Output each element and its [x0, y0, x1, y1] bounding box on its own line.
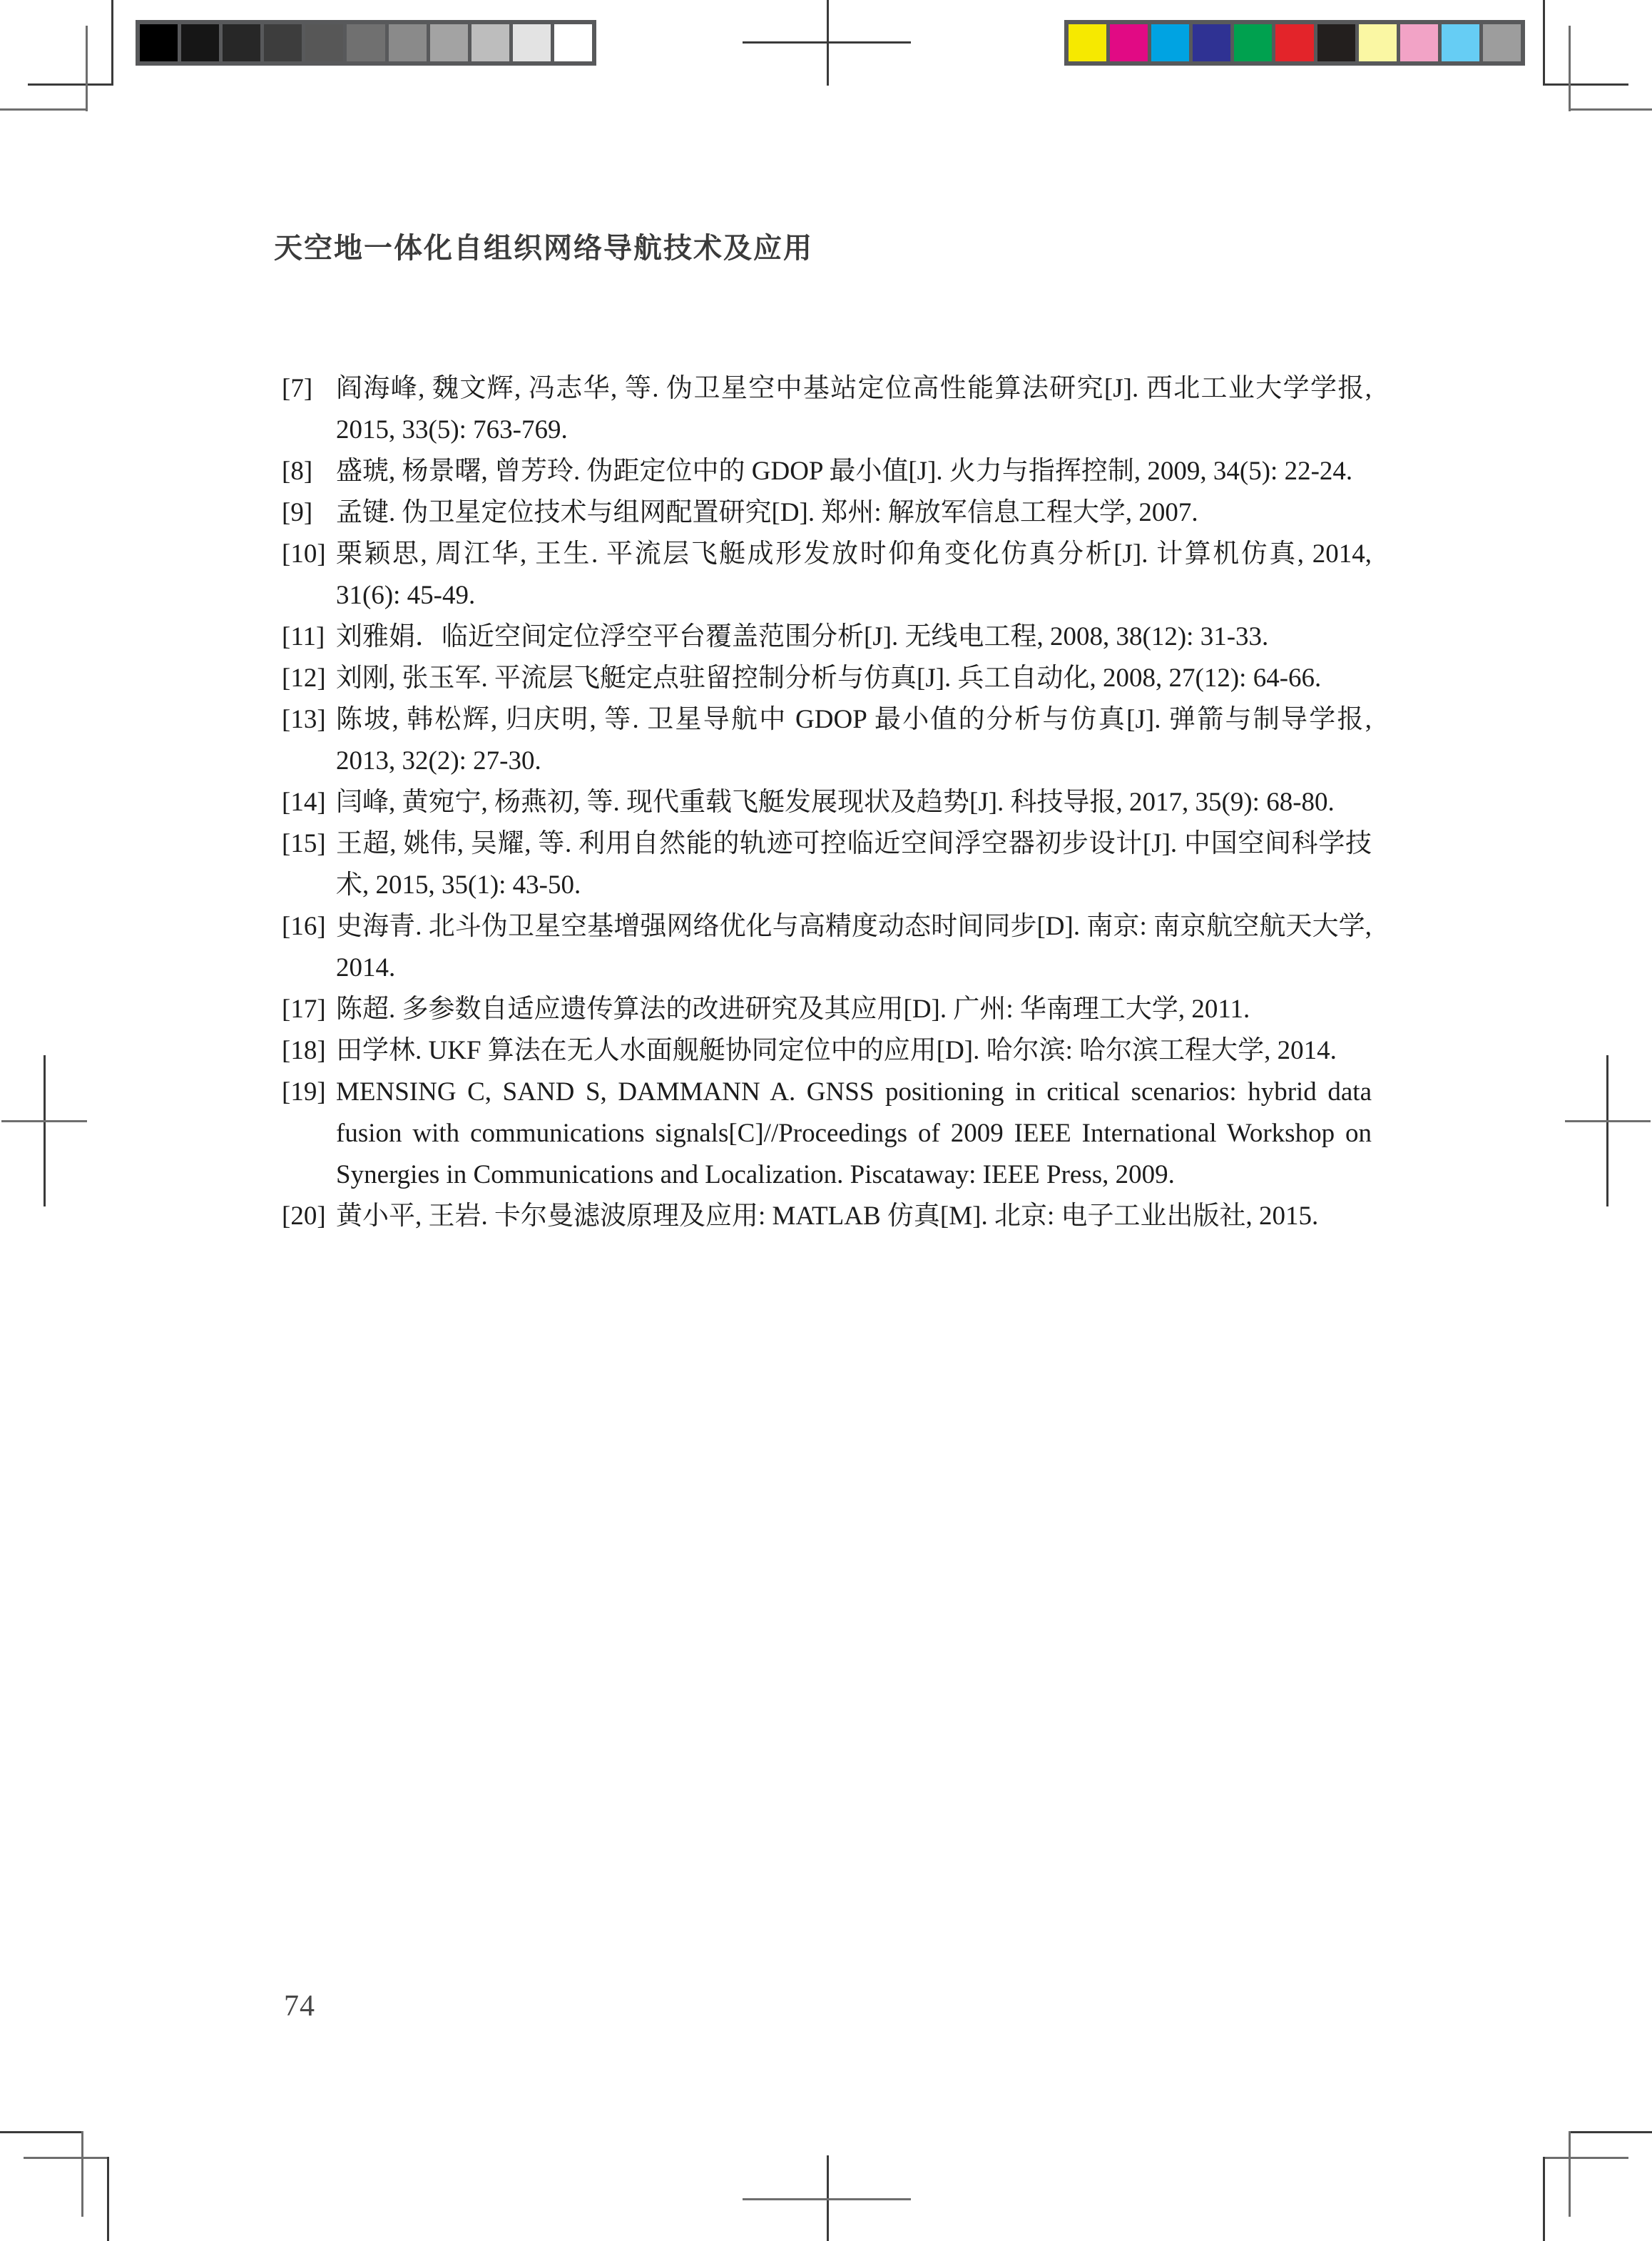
crop-mark-top-right-outer-horizontal: [1543, 83, 1628, 86]
reference-text: 史海青. 北斗伪卫星空基增强网络优化与高精度动态时间同步[D]. 南京: 南京航…: [336, 906, 1372, 989]
reference-label: [7]: [282, 368, 336, 410]
reference-text: 阎海峰, 魏文辉, 冯志华, 等. 伪卫星空中基站定位高性能算法研究[J]. 西…: [336, 368, 1372, 451]
reference-text: 闫峰, 黄宛宁, 杨燕初, 等. 现代重载飞艇发展现状及趋势[J]. 科技导报,…: [336, 782, 1372, 823]
color-swatch-9: [1400, 24, 1438, 61]
crop-mark-left-middle-vertical: [44, 1055, 46, 1206]
crop-mark-left-middle-horizontal: [1, 1120, 87, 1122]
reference-text: 陈坡, 韩松辉, 归庆明, 等. 卫星导航中 GDOP 最小值的分析与仿真[J]…: [336, 699, 1372, 782]
grayscale-swatch-9: [471, 24, 509, 61]
grayscale-swatch-4: [264, 24, 302, 61]
crop-mark-top-left-inner-vertical: [86, 26, 88, 111]
reference-item: [13]陈坡, 韩松辉, 归庆明, 等. 卫星导航中 GDOP 最小值的分析与仿…: [282, 699, 1372, 782]
grayscale-swatch-10: [513, 24, 551, 61]
grayscale-swatch-11: [554, 24, 592, 61]
color-calibration-bar: [1064, 20, 1525, 66]
crop-mark-top-left-outer-vertical: [111, 0, 113, 86]
reference-item: [14]闫峰, 黄宛宁, 杨燕初, 等. 现代重载飞艇发展现状及趋势[J]. 科…: [282, 782, 1372, 823]
reference-label: [8]: [282, 451, 336, 492]
color-swatch-6: [1275, 24, 1313, 61]
crop-mark-top-right-inner-horizontal: [1569, 108, 1652, 111]
crop-mark-bottom-right-outer-horizontal: [1569, 2131, 1652, 2133]
reference-text: 田学林. UKF 算法在无人水面舰艇协同定位中的应用[D]. 哈尔滨: 哈尔滨工…: [336, 1030, 1372, 1072]
crop-mark-bottom-left-inner-horizontal: [24, 2157, 109, 2159]
reference-text: 刘刚, 张玉军. 平流层飞艇定点驻留控制分析与仿真[J]. 兵工自动化, 200…: [336, 658, 1372, 699]
color-swatch-3: [1151, 24, 1189, 61]
reference-item: [10]栗颖思, 周江华, 王生. 平流层飞艇成形发放时仰角变化仿真分析[J].…: [282, 534, 1372, 616]
reference-item: [18]田学林. UKF 算法在无人水面舰艇协同定位中的应用[D]. 哈尔滨: …: [282, 1030, 1372, 1072]
color-swatch-2: [1110, 24, 1148, 61]
reference-item: [17]陈超. 多参数自适应遗传算法的改进研究及其应用[D]. 广州: 华南理工…: [282, 989, 1372, 1030]
crop-mark-top-center-horizontal: [743, 41, 911, 44]
crop-mark-bottom-right-inner-vertical: [1543, 2157, 1545, 2241]
reference-text: 盛琥, 杨景曙, 曾芳玲. 伪距定位中的 GDOP 最小值[J]. 火力与指挥控…: [336, 451, 1372, 492]
page-number: 74: [284, 1989, 315, 2023]
reference-label: [20]: [282, 1196, 336, 1237]
grayscale-calibration-bar: [136, 20, 596, 66]
reference-text: 陈超. 多参数自适应遗传算法的改进研究及其应用[D]. 广州: 华南理工大学, …: [336, 989, 1372, 1030]
reference-text: 黄小平, 王岩. 卡尔曼滤波原理及应用: MATLAB 仿真[M]. 北京: 电…: [336, 1196, 1372, 1237]
reference-label: [10]: [282, 534, 336, 575]
crop-mark-top-left-inner-horizontal: [0, 108, 88, 111]
reference-item: [9]孟键. 伪卫星定位技术与组网配置研究[D]. 郑州: 解放军信息工程大学,…: [282, 492, 1372, 534]
crop-mark-right-middle-horizontal: [1565, 1120, 1651, 1122]
reference-item: [19]MENSING C, SAND S, DAMMANN A. GNSS p…: [282, 1072, 1372, 1196]
reference-label: [19]: [282, 1072, 336, 1113]
reference-label: [12]: [282, 658, 336, 699]
reference-list: [7]阎海峰, 魏文辉, 冯志华, 等. 伪卫星空中基站定位高性能算法研究[J]…: [282, 368, 1372, 1237]
reference-label: [11]: [282, 616, 336, 658]
reference-text: 栗颖思, 周江华, 王生. 平流层飞艇成形发放时仰角变化仿真分析[J]. 计算机…: [336, 534, 1372, 616]
reference-label: [14]: [282, 782, 336, 823]
crop-mark-bottom-right-inner-horizontal: [1543, 2157, 1628, 2159]
crop-mark-bottom-center-horizontal: [743, 2198, 911, 2200]
reference-item: [12]刘刚, 张玉军. 平流层飞艇定点驻留控制分析与仿真[J]. 兵工自动化,…: [282, 658, 1372, 699]
reference-text: MENSING C, SAND S, DAMMANN A. GNSS posit…: [336, 1072, 1372, 1196]
crop-mark-bottom-right-outer-vertical: [1569, 2131, 1571, 2217]
crop-mark-right-middle-vertical: [1606, 1055, 1608, 1206]
reference-label: [9]: [282, 492, 336, 534]
reference-item: [20]黄小平, 王岩. 卡尔曼滤波原理及应用: MATLAB 仿真[M]. 北…: [282, 1196, 1372, 1237]
running-header-title: 天空地一体化自组织网络导航技术及应用: [274, 225, 813, 266]
color-swatch-11: [1483, 24, 1521, 61]
crop-mark-top-right-inner-vertical: [1569, 26, 1571, 111]
grayscale-swatch-1: [140, 24, 178, 61]
reference-text: 王超, 姚伟, 吴耀, 等. 利用自然能的轨迹可控临近空间浮空器初步设计[J].…: [336, 823, 1372, 906]
grayscale-swatch-3: [223, 24, 260, 61]
grayscale-swatch-5: [305, 24, 343, 61]
reference-text: 刘雅娟．临近空间定位浮空平台覆盖范围分析[J]. 无线电工程, 2008, 38…: [336, 616, 1372, 658]
grayscale-swatch-2: [181, 24, 219, 61]
reference-item: [15]王超, 姚伟, 吴耀, 等. 利用自然能的轨迹可控临近空间浮空器初步设计…: [282, 823, 1372, 906]
crop-mark-bottom-left-outer-horizontal: [0, 2131, 83, 2133]
reference-label: [13]: [282, 699, 336, 741]
reference-item: [11]刘雅娟．临近空间定位浮空平台覆盖范围分析[J]. 无线电工程, 2008…: [282, 616, 1372, 658]
color-swatch-4: [1193, 24, 1230, 61]
crop-mark-bottom-left-outer-vertical: [81, 2131, 83, 2217]
reference-item: [16]史海青. 北斗伪卫星空基增强网络优化与高精度动态时间同步[D]. 南京:…: [282, 906, 1372, 989]
grayscale-swatch-6: [347, 24, 384, 61]
grayscale-swatch-8: [430, 24, 468, 61]
color-swatch-8: [1359, 24, 1397, 61]
reference-text: 孟键. 伪卫星定位技术与组网配置研究[D]. 郑州: 解放军信息工程大学, 20…: [336, 492, 1372, 534]
reference-item: [7]阎海峰, 魏文辉, 冯志华, 等. 伪卫星空中基站定位高性能算法研究[J]…: [282, 368, 1372, 451]
color-swatch-10: [1442, 24, 1479, 61]
crop-mark-top-right-outer-vertical: [1543, 0, 1545, 86]
reference-label: [16]: [282, 906, 336, 947]
color-swatch-1: [1069, 24, 1106, 61]
color-swatch-5: [1234, 24, 1272, 61]
color-swatch-7: [1317, 24, 1355, 61]
reference-item: [8]盛琥, 杨景曙, 曾芳玲. 伪距定位中的 GDOP 最小值[J]. 火力与…: [282, 451, 1372, 492]
reference-label: [17]: [282, 989, 336, 1030]
reference-label: [18]: [282, 1030, 336, 1072]
grayscale-swatch-7: [389, 24, 427, 61]
crop-mark-bottom-left-inner-vertical: [107, 2157, 109, 2241]
crop-mark-top-left-outer-horizontal: [28, 83, 113, 86]
reference-label: [15]: [282, 823, 336, 865]
